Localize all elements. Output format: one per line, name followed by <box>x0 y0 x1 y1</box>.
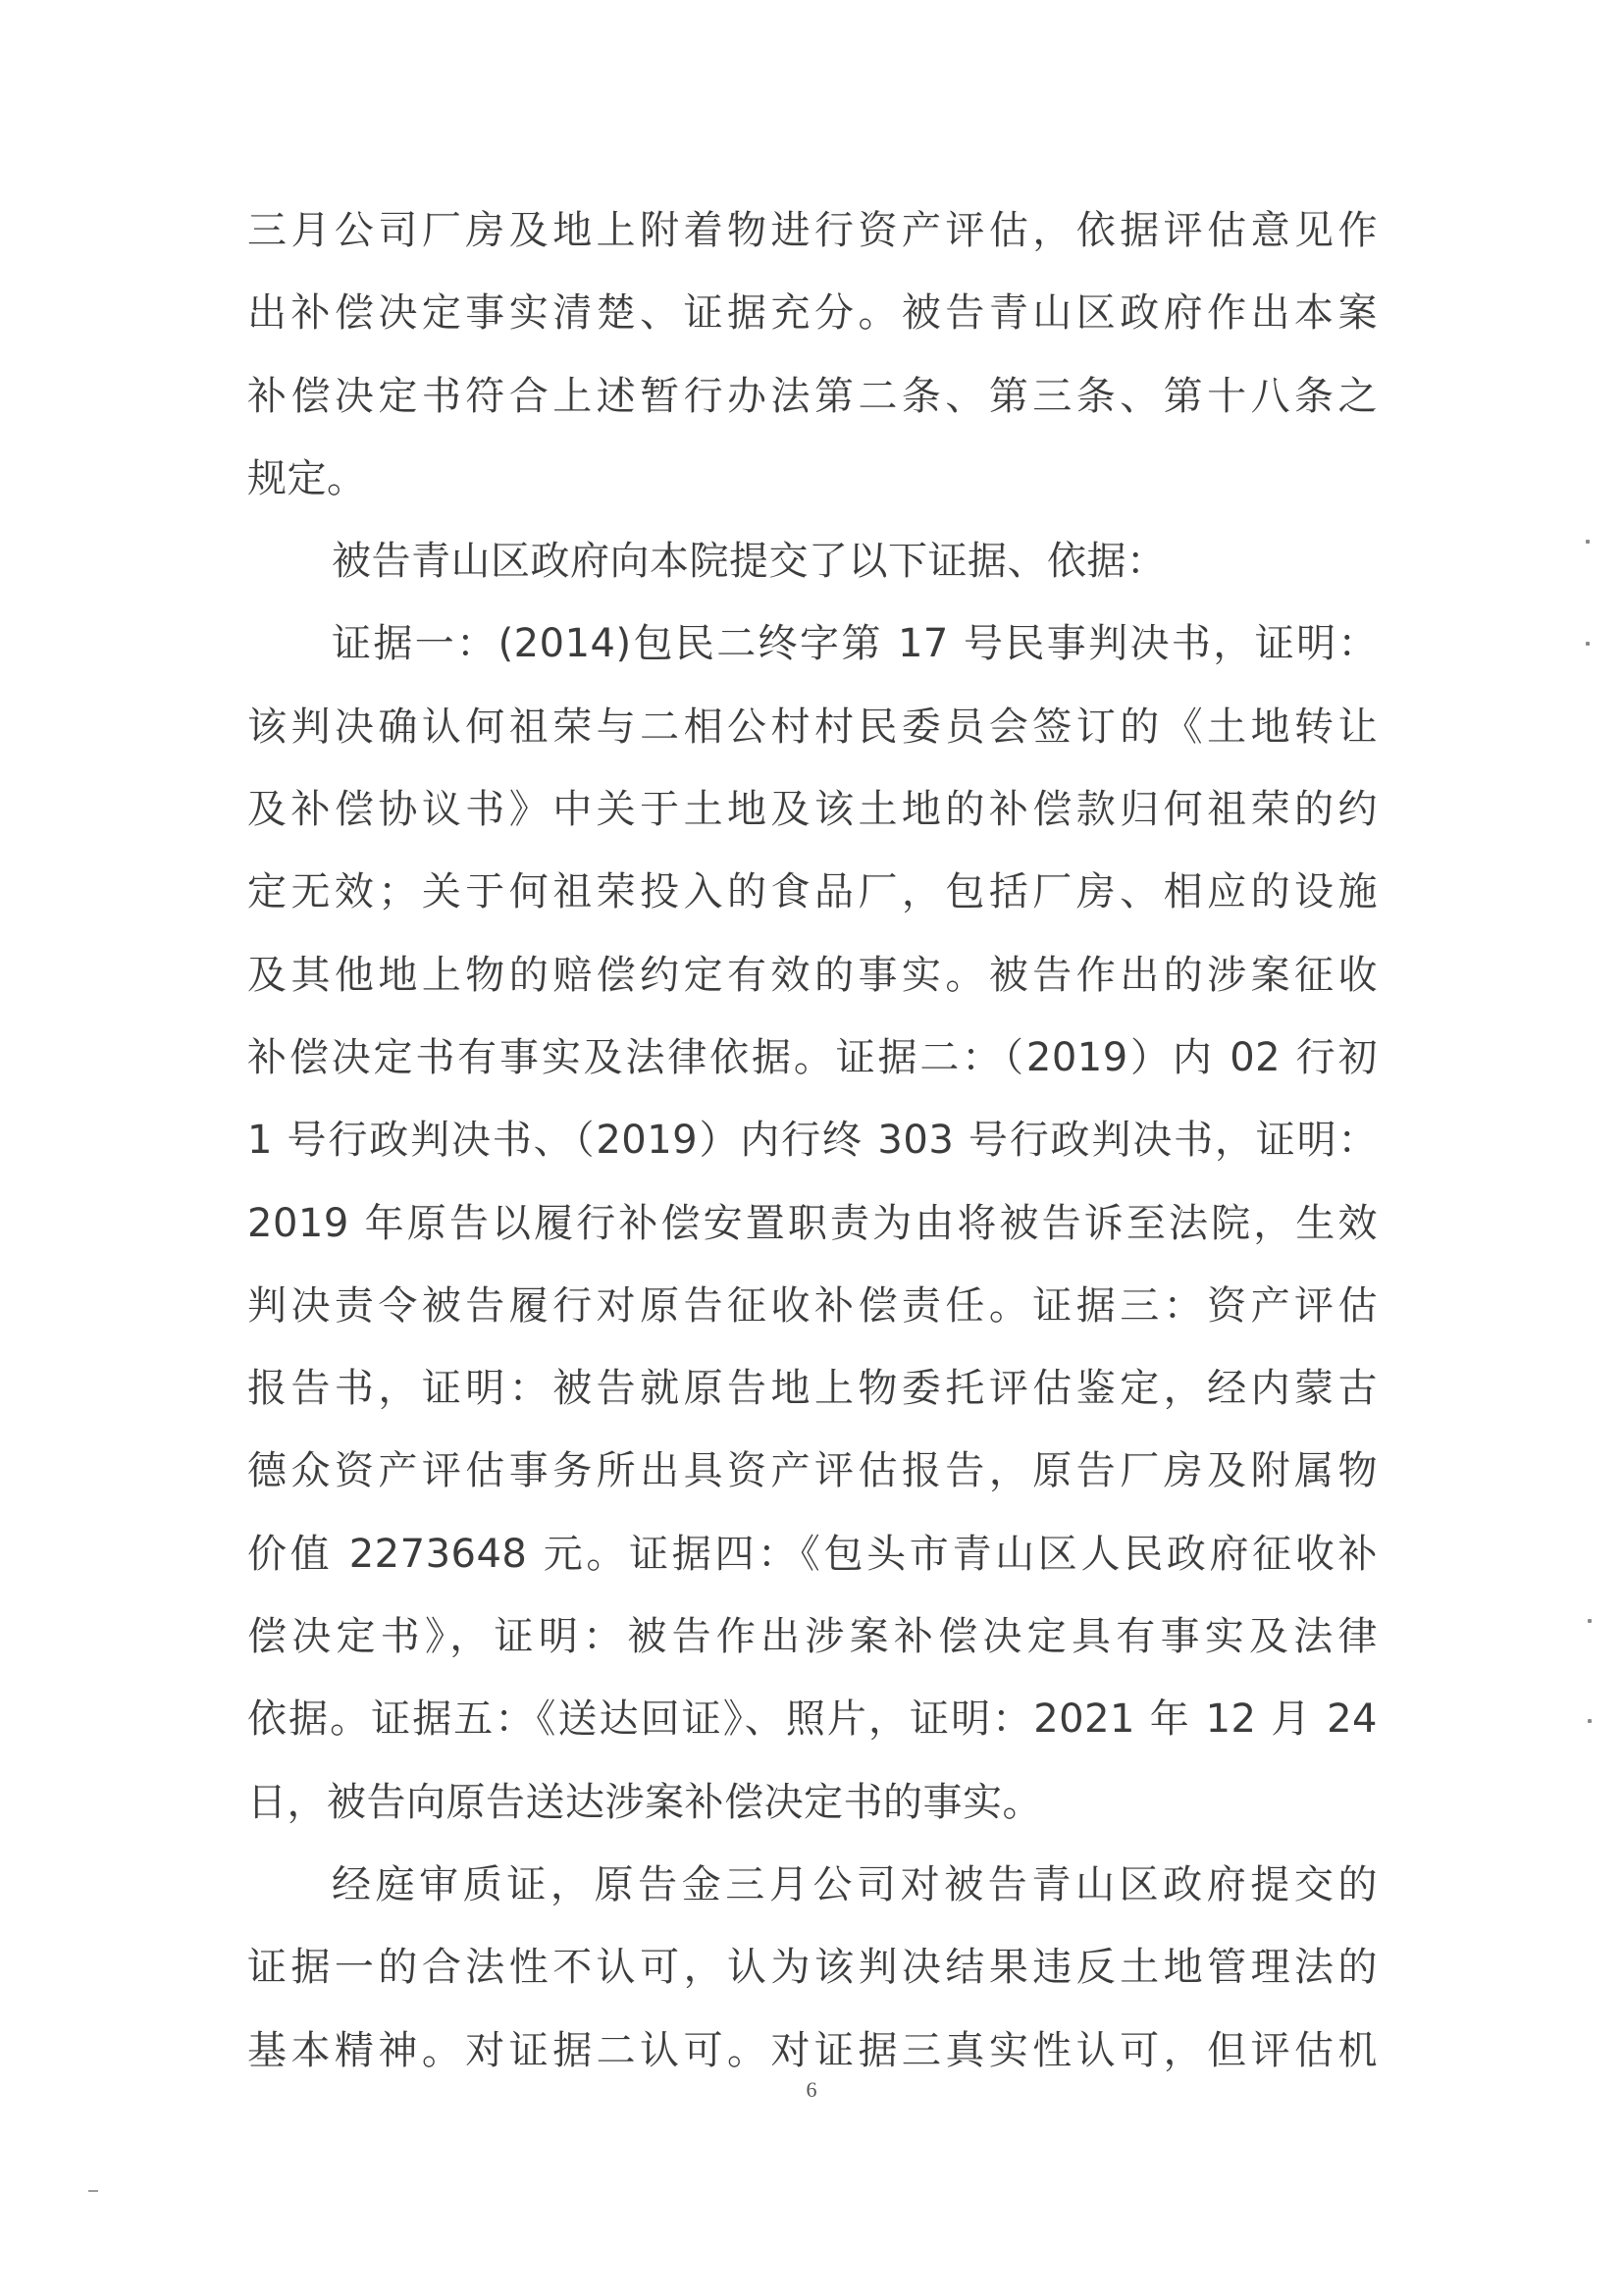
text-line: 定无效；关于何祖荣投入的食品厂，包括厂房、相应的设施 <box>247 851 1378 933</box>
text-line: 出补偿决定事实清楚、证据充分。被告青山区政府作出本案 <box>247 272 1378 354</box>
text-line: 补偿决定书有事实及法律依据。证据二：（2019）内 02 行初 <box>247 1017 1378 1099</box>
body-text: 三月公司厂房及地上附着物进行资产评估，依据评估意见作 出补偿决定事实清楚、证据充… <box>247 189 1378 2092</box>
text-line: 该判决确认何祖荣与二相公村村民委员会签订的《土地转让 <box>247 686 1378 768</box>
text-line: 补偿决定书符合上述暂行办法第二条、第三条、第十八条之 <box>247 355 1378 438</box>
text-line: 日，被告向原告送达涉案补偿决定书的事实。 <box>247 1761 1378 1844</box>
scan-artifact-dot <box>1588 1719 1592 1723</box>
scan-artifact-dot <box>1586 540 1590 544</box>
text-line: 证据一的合法性不认可，认为该判决结果违反土地管理法的 <box>247 1926 1378 2009</box>
paragraph-cross-examination: 经庭审质证，原告金三月公司对被告青山区政府提交的 证据一的合法性不认可，认为该判… <box>247 1844 1378 2092</box>
text-line: 1 号行政判决书、（2019）内行终 303 号行政判决书，证明： <box>247 1099 1378 1181</box>
scan-artifact-dash <box>88 2190 98 2192</box>
text-line: 三月公司厂房及地上附着物进行资产评估，依据评估意见作 <box>247 189 1378 272</box>
text-line: 判决责令被告履行对原告征收补偿责任。证据三：资产评估 <box>247 1265 1378 1347</box>
text-line: 及补偿协议书》中关于土地及该土地的补偿款归何祖荣的约 <box>247 768 1378 851</box>
text-line: 经庭审质证，原告金三月公司对被告青山区政府提交的 <box>247 1844 1378 1926</box>
text-line: 及其他地上物的赔偿约定有效的事实。被告作出的涉案征收 <box>247 934 1378 1017</box>
text-line: 偿决定书》，证明：被告作出涉案补偿决定具有事实及法律 <box>247 1595 1378 1678</box>
paragraph-evidence-intro: 被告青山区政府向本院提交了以下证据、依据： <box>247 520 1378 602</box>
text-line: 报告书，证明：被告就原告地上物委托评估鉴定，经内蒙古 <box>247 1347 1378 1430</box>
text-line: 价值 2273648 元。证据四：《包头市青山区人民政府征收补 <box>247 1513 1378 1595</box>
text-line: 证据一：(2014)包民二终字第 17 号民事判决书，证明： <box>247 602 1378 685</box>
text-line: 依据。证据五：《送达回证》、照片，证明：2021 年 12 月 24 <box>247 1678 1378 1760</box>
text-line: 被告青山区政府向本院提交了以下证据、依据： <box>247 520 1378 602</box>
text-line: 德众资产评估事务所出具资产评估报告，原告厂房及附属物 <box>247 1430 1378 1512</box>
paragraph-continued: 三月公司厂房及地上附着物进行资产评估，依据评估意见作 出补偿决定事实清楚、证据充… <box>247 189 1378 520</box>
paragraph-evidence-list: 证据一：(2014)包民二终字第 17 号民事判决书，证明： 该判决确认何祖荣与… <box>247 602 1378 1843</box>
document-page: 三月公司厂房及地上附着物进行资产评估，依据评估意见作 出补偿决定事实清楚、证据充… <box>0 0 1623 2296</box>
scan-artifact-dot <box>1586 642 1590 646</box>
text-line: 2019 年原告以履行补偿安置职责为由将被告诉至法院，生效 <box>247 1182 1378 1265</box>
text-line: 规定。 <box>247 438 1378 520</box>
page-number: 6 <box>0 2077 1623 2103</box>
scan-artifact-dot <box>1588 1619 1592 1623</box>
